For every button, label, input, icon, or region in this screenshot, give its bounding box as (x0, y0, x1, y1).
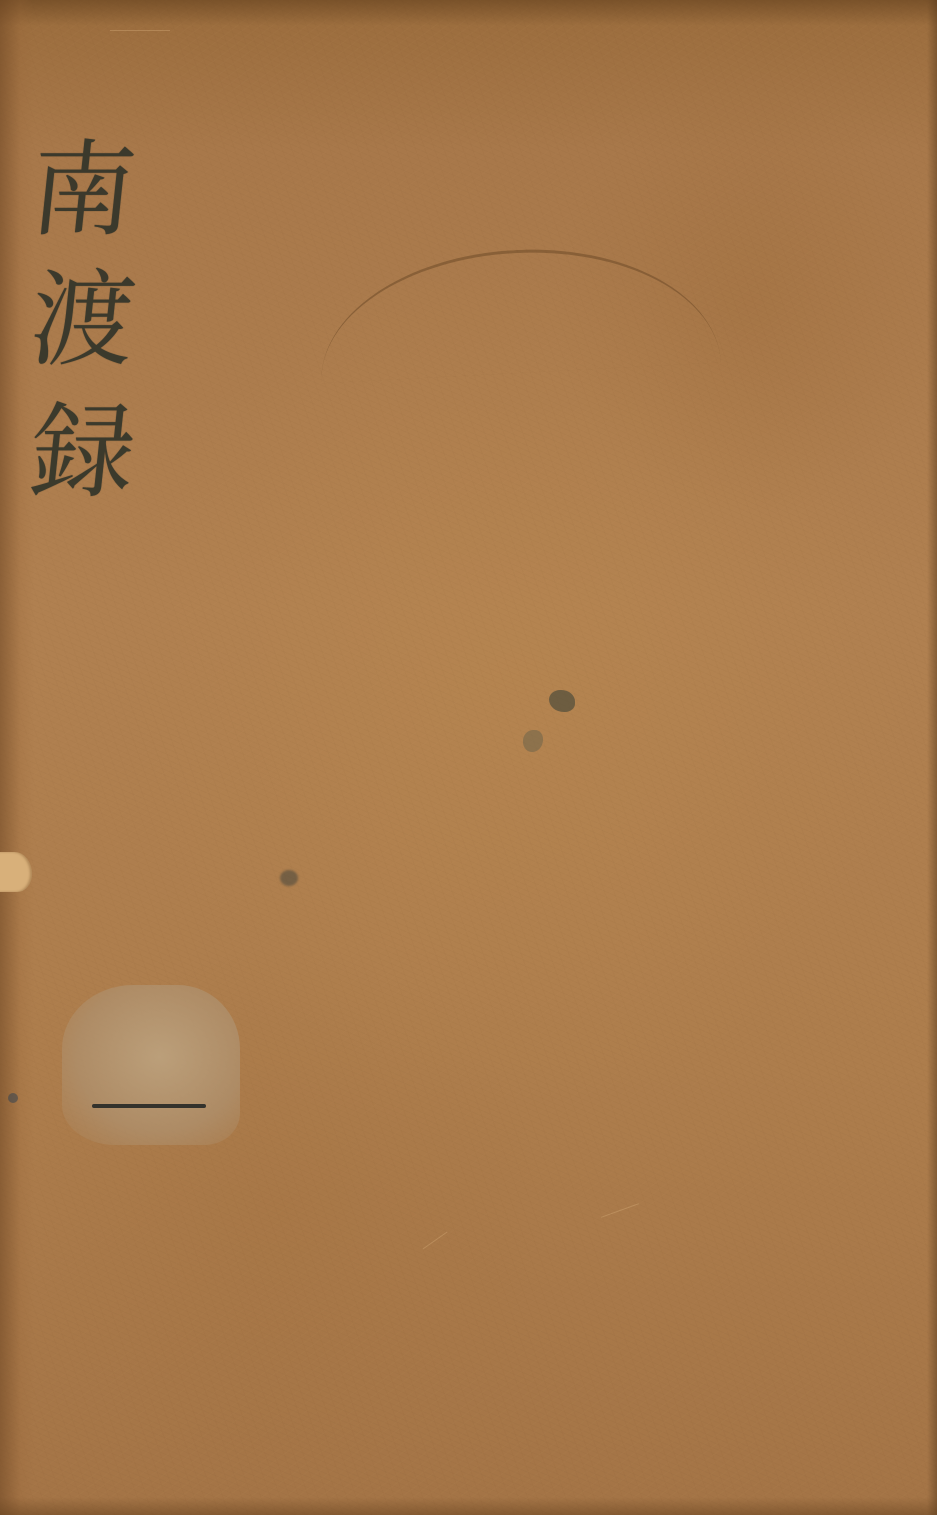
scratch-mark (601, 1203, 639, 1218)
scratch-mark (422, 1231, 447, 1249)
volume-label-patch (62, 985, 240, 1145)
title-character: 渡 (26, 268, 141, 372)
cover-edge-top (0, 0, 937, 26)
faded-arc-mark (315, 240, 721, 384)
volume-number-stroke (92, 1104, 206, 1108)
volume-number: 一 (92, 1080, 208, 1120)
stain-mark (280, 870, 298, 886)
torn-edge-chip (0, 852, 32, 892)
book-cover: 南 渡 録 一 (0, 0, 937, 1515)
stain-mark (549, 690, 575, 712)
stain-mark (523, 730, 543, 752)
cover-edge-bottom (0, 1497, 937, 1515)
cover-edge-right (927, 0, 937, 1515)
scratch-mark (110, 30, 170, 31)
title-slip: 南 渡 録 (18, 138, 148, 526)
stain-mark (8, 1093, 18, 1103)
title-character: 録 (26, 400, 141, 504)
title-character: 南 (26, 138, 141, 242)
